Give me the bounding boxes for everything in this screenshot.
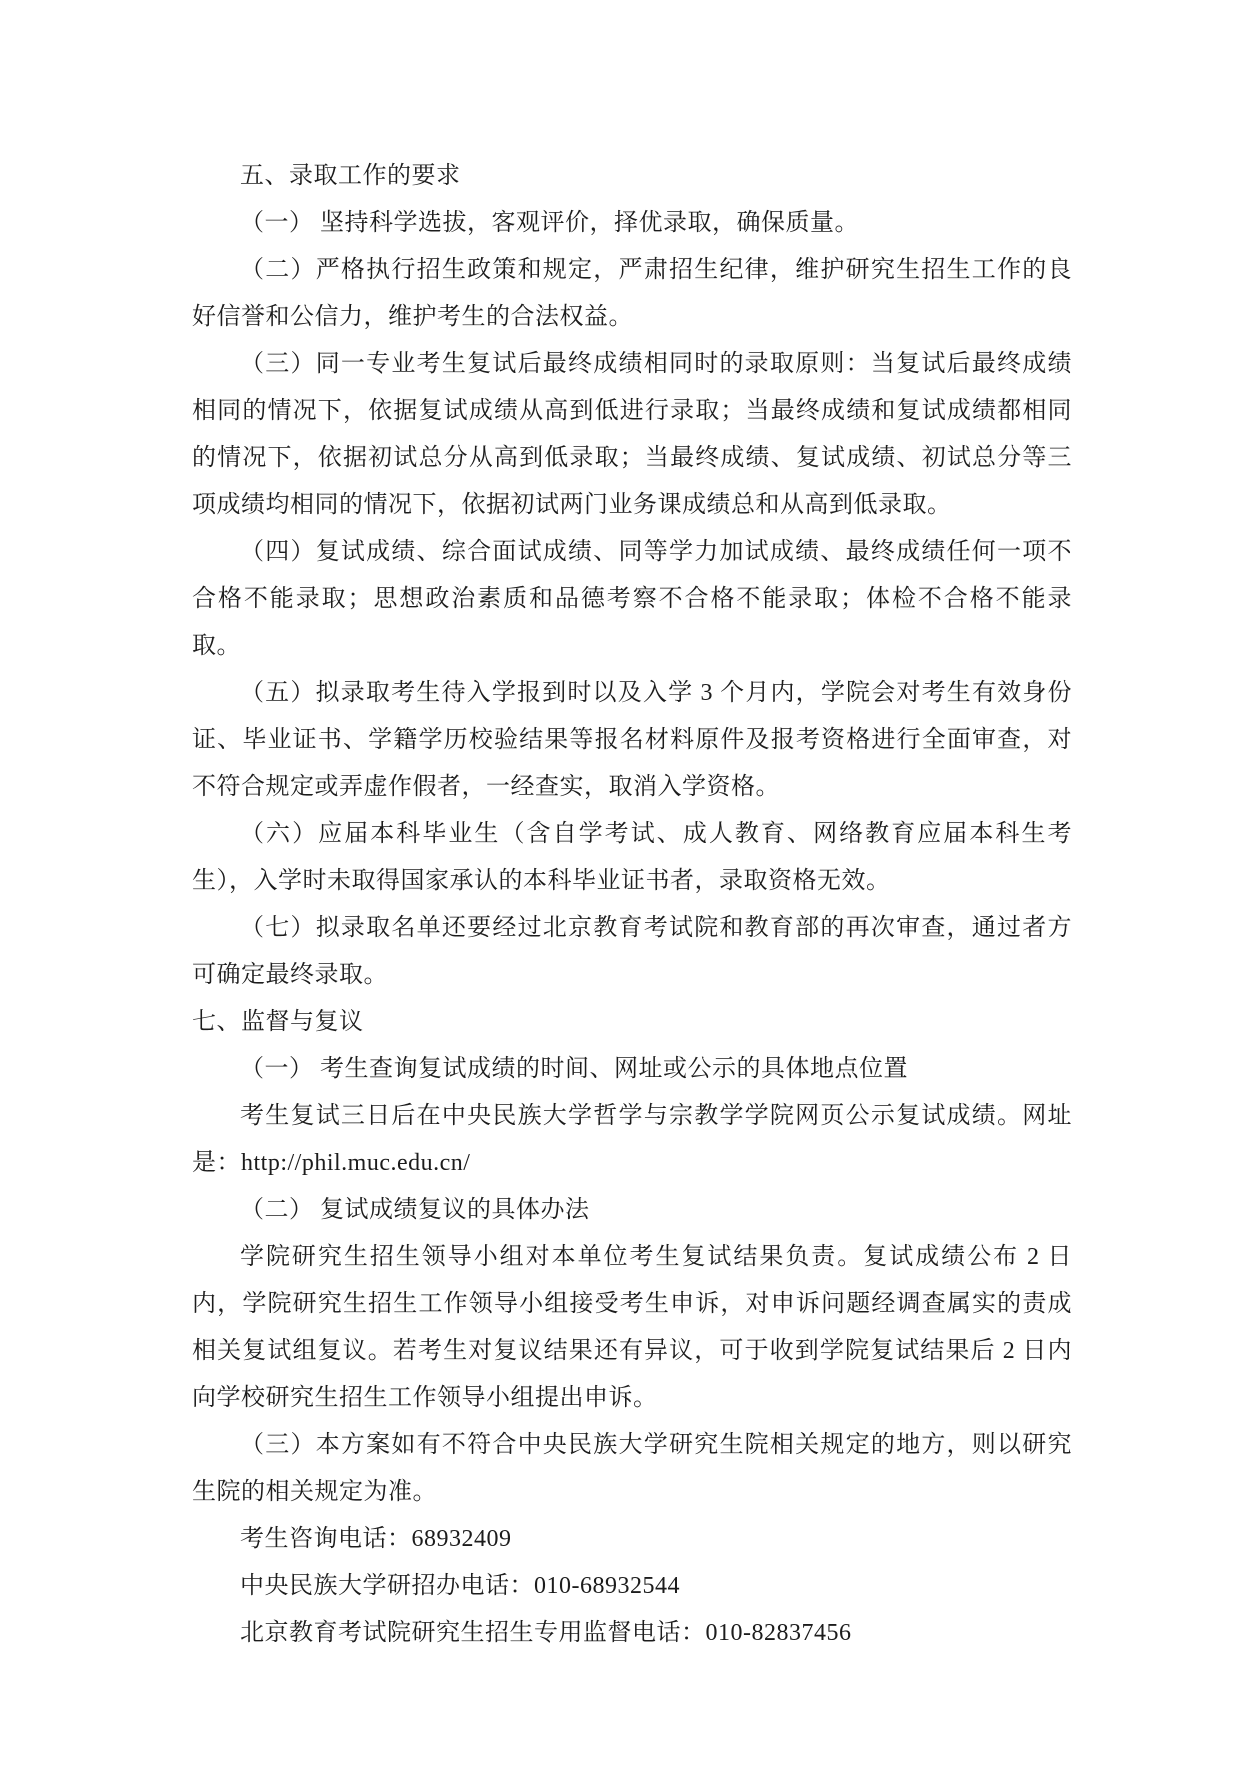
paragraph: 中央民族大学研招办电话：010-68932544 [192,1563,1072,1610]
paragraph: （二）严格执行招生政策和规定，严肃招生纪律，维护研究生招生工作的良好信誉和公信力… [192,247,1072,341]
document-page: 五、录取工作的要求（一） 坚持科学选拔，客观评价，择优录取，确保质量。（二）严格… [0,0,1256,1777]
paragraph: （五）拟录取考生待入学报到时以及入学 3 个月内，学院会对考生有效身份证、毕业证… [192,670,1072,811]
paragraph: 七、监督与复议 [192,999,1072,1046]
paragraph: （二） 复试成绩复议的具体办法 [192,1187,1072,1234]
paragraph: （七）拟录取名单还要经过北京教育考试院和教育部的再次审查，通过者方可确定最终录取… [192,905,1072,999]
paragraph: 北京教育考试院研究生招生专用监督电话：010-82837456 [192,1610,1072,1657]
paragraph: 五、录取工作的要求 [192,153,1072,200]
paragraph: （四）复试成绩、综合面试成绩、同等学力加试成绩、最终成绩任何一项不合格不能录取；… [192,529,1072,670]
paragraph: 学院研究生招生领导小组对本单位考生复试结果负责。复试成绩公布 2 日内，学院研究… [192,1234,1072,1422]
paragraph: （一） 坚持科学选拔，客观评价，择优录取，确保质量。 [192,200,1072,247]
paragraph: （三）本方案如有不符合中央民族大学研究生院相关规定的地方，则以研究生院的相关规定… [192,1422,1072,1516]
document-body: 五、录取工作的要求（一） 坚持科学选拔，客观评价，择优录取，确保质量。（二）严格… [192,153,1072,1657]
paragraph: （一） 考生查询复试成绩的时间、网址或公示的具体地点位置 [192,1046,1072,1093]
paragraph: （三）同一专业考生复试后最终成绩相同时的录取原则：当复试后最终成绩相同的情况下，… [192,341,1072,529]
paragraph: 考生复试三日后在中央民族大学哲学与宗教学学院网页公示复试成绩。网址是：http:… [192,1093,1072,1187]
paragraph: （六）应届本科毕业生（含自学考试、成人教育、网络教育应届本科生考生），入学时未取… [192,811,1072,905]
paragraph: 考生咨询电话：68932409 [192,1516,1072,1563]
